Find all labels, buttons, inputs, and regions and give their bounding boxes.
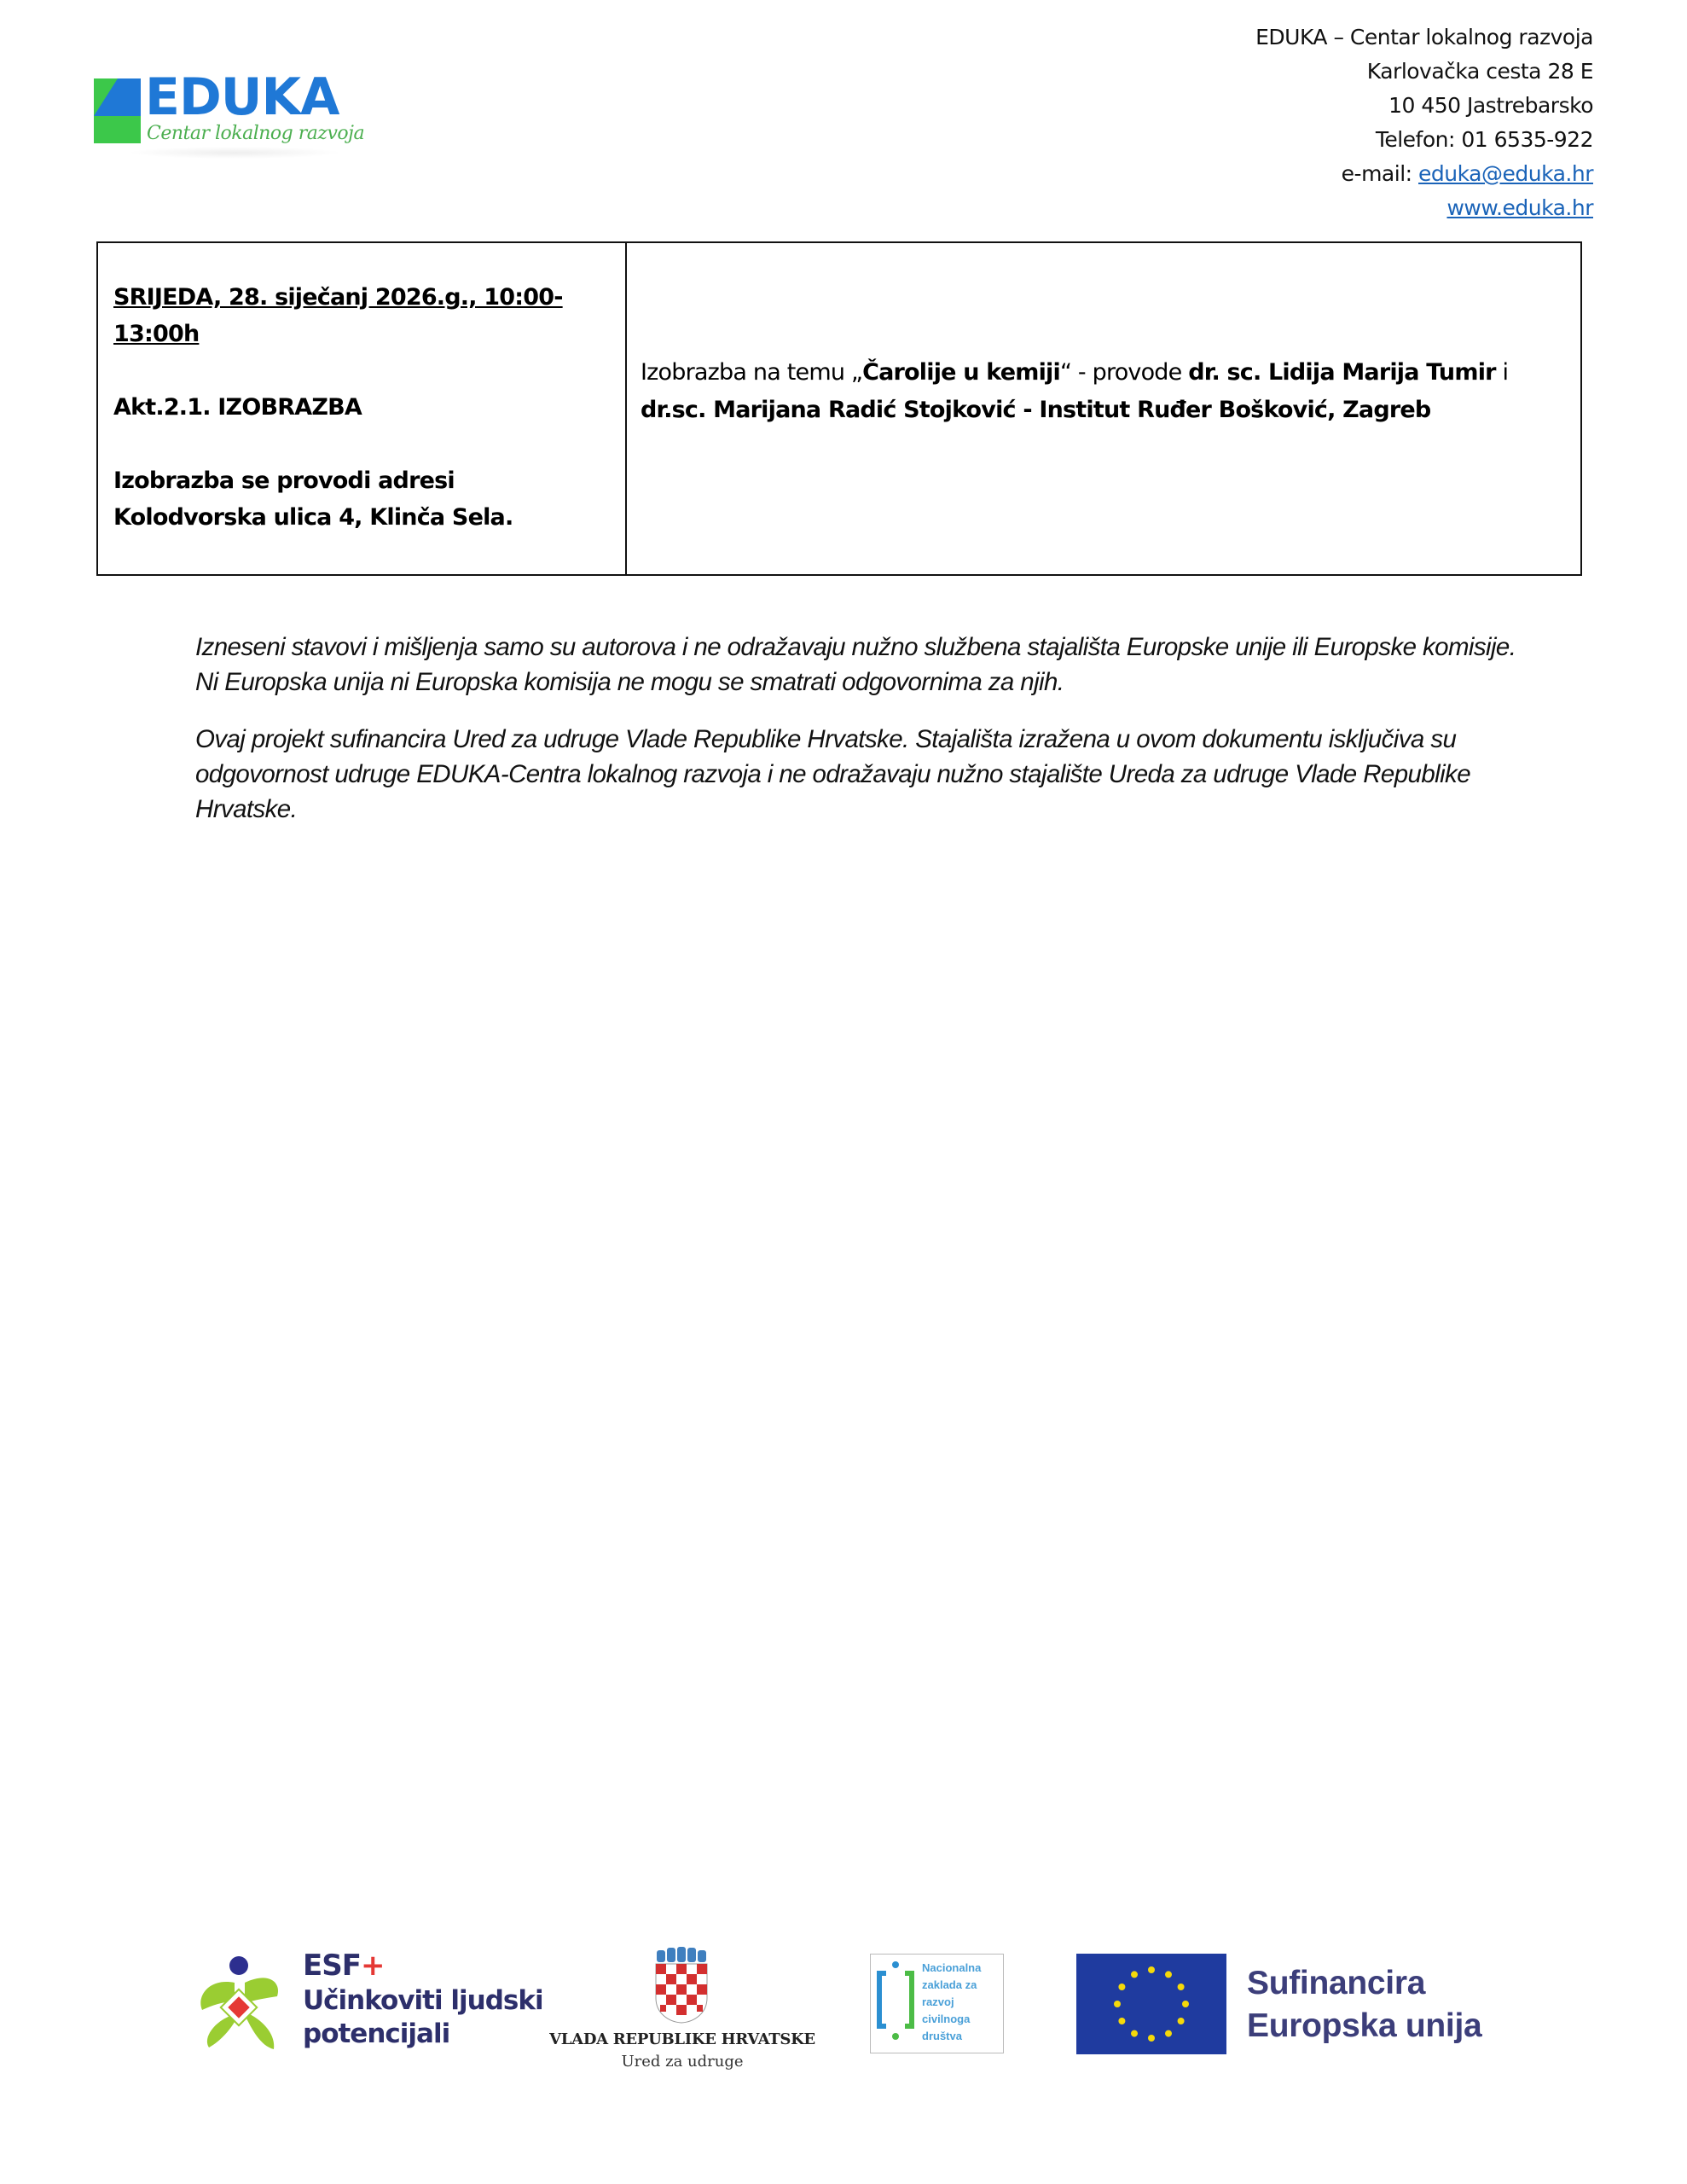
esf-figure-icon — [192, 1954, 286, 2056]
eu-disclaimer: Izneseni stavovi i mišljenja samo su aut… — [195, 630, 1543, 700]
esf-subtitle: Učinkoviti ljudski potencijali — [303, 1984, 543, 2051]
presenter-2: dr.sc. Marijana Radić Stojković - Instit… — [641, 397, 1430, 423]
logo-wordmark: EDUKA — [145, 70, 339, 125]
event-table: SRIJEDA, 28. siječanj 2026.g., 10:00-13:… — [96, 241, 1582, 576]
email-label: e-mail: — [1342, 161, 1418, 186]
vlada-name: VLADA REPUBLIKE HRVATSKE — [546, 2030, 819, 2048]
bracket-logo-icon — [874, 1960, 917, 2045]
logo-blue-corner — [94, 78, 141, 116]
event-date: SRIJEDA, 28. siječanj 2026.g., 10:00-13:… — [113, 279, 625, 352]
activity-label: Akt.2.1. IZOBRAZBA — [113, 389, 625, 426]
esf-title: ESF+ — [303, 1949, 384, 1983]
vlada-logo: VLADA REPUBLIKE HRVATSKE Ured za udruge — [546, 1947, 819, 2075]
intro-text: Izobrazba na temu „ — [641, 359, 862, 386]
croatian-coat-of-arms-icon — [653, 1947, 710, 2024]
logo-shadow — [128, 147, 341, 159]
website-line: www.eduka.hr — [1255, 191, 1593, 225]
address-block: EDUKA – Centar lokalnog razvoja Karlovač… — [1255, 20, 1593, 225]
location-line-2: Kolodvorska ulica 4, Klinča Sela. — [113, 499, 625, 536]
website-link[interactable]: www.eduka.hr — [1446, 195, 1593, 220]
email-link[interactable]: eduka@eduka.hr — [1418, 161, 1593, 186]
presenter-1: dr. sc. Lidija Marija Tumir — [1188, 359, 1495, 386]
topic: Čarolije u kemiji — [862, 359, 1060, 386]
event-description-cell: Izobrazba na temu „Čarolije u kemiji“ - … — [627, 243, 1580, 574]
logo-tagline: Centar lokalnog razvoja — [147, 123, 364, 144]
eduka-logo: EDUKA Centar lokalnog razvoja — [94, 75, 367, 160]
event-details-cell: SRIJEDA, 28. siječanj 2026.g., 10:00-13:… — [98, 243, 627, 574]
eu-stars-icon — [1076, 1954, 1226, 2054]
conjunction: i — [1496, 359, 1508, 386]
vlada-office: Ured za udruge — [546, 2053, 819, 2071]
org-name: EDUKA – Centar lokalnog razvoja — [1255, 20, 1593, 55]
eu-flag — [1076, 1954, 1226, 2054]
nzr-text: Nacionalna zaklada za razvoj civilnoga d… — [922, 1960, 981, 2045]
eu-cofunded-text: Sufinancira Europska unija — [1247, 1962, 1481, 2047]
nacionalna-zaklada-logo: Nacionalna zaklada za razvoj civilnoga d… — [870, 1954, 1004, 2053]
esf-logo: ESF+ Učinkoviti ljudski potencijali — [192, 1945, 550, 2056]
phone: Telefon: 01 6535-922 — [1255, 123, 1593, 157]
street: Karlovačka cesta 28 E — [1255, 55, 1593, 89]
email-line: e-mail: eduka@eduka.hr — [1255, 157, 1593, 191]
city: 10 450 Jastrebarsko — [1255, 89, 1593, 123]
location-line-1: Izobrazba se provodi adresi — [113, 462, 625, 499]
mid-text: “ - provode — [1060, 359, 1188, 386]
ured-disclaimer: Ovaj projekt sufinancira Ured za udruge … — [195, 722, 1543, 827]
